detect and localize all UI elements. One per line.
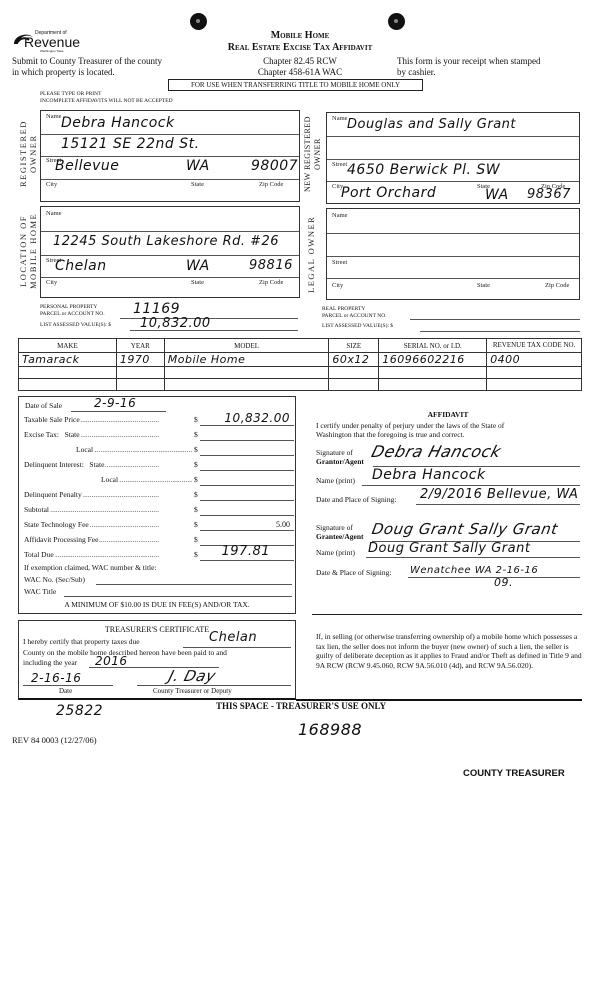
wac-title-label: WAC Title [24, 587, 56, 596]
divider [327, 159, 579, 160]
new-owner-zip[interactable]: 98367 [527, 187, 571, 202]
table-row: Tamarack 1970 Mobile Home 60x12 16096602… [19, 353, 582, 367]
divider [41, 231, 299, 232]
grantee-name[interactable]: Doug Grant Sally Grant [368, 541, 530, 556]
wac-title-line[interactable] [64, 596, 292, 597]
grantee-signature-label: Signature of Grantee/Agent [316, 523, 364, 541]
grantee-name-line [366, 557, 580, 558]
model-cell[interactable] [164, 367, 329, 379]
logo-text-revenue: Revenue [24, 35, 80, 49]
treasurer-signature[interactable]: J. Day [167, 667, 218, 685]
col-model: MODEL [164, 339, 329, 353]
treasurer-sig-line [137, 685, 291, 686]
treasurer-certificate-box: TREASURER'S CERTIFICATE I hereby certify… [18, 620, 296, 700]
new-owner-city[interactable]: Port Orchard [341, 185, 436, 201]
fee-label: Taxable Sale Price [24, 415, 81, 424]
divider [41, 134, 299, 135]
certificate-year[interactable]: 2016 [95, 654, 128, 668]
fee-value[interactable]: 197.81 [222, 544, 271, 559]
submit-note-line2: in which property is located. [12, 67, 162, 78]
grantor-name[interactable]: Debra Hancock [372, 467, 486, 483]
fee-label: Delinquent Interest: State [24, 460, 105, 469]
affidavit-bottom-rule [312, 614, 582, 615]
city-label: City [46, 279, 57, 286]
location-state[interactable]: WA [186, 258, 210, 274]
registered-owner-state[interactable]: WA [186, 158, 210, 174]
certificate-line1: I hereby certify that property taxes due [23, 637, 140, 646]
new-owner-label-1: NEW REGISTERED [303, 116, 312, 192]
grantor-date-place[interactable]: 2/9/2016 Bellevue, WA [420, 487, 578, 502]
date-of-sale-value[interactable]: 2-9-16 [94, 396, 136, 410]
fee-line [200, 530, 294, 531]
dollar-sign: $ [194, 535, 198, 544]
fee-row-delinquent-penalty: ........................................… [24, 490, 294, 504]
dollar-sign: $ [194, 520, 198, 529]
year-cell[interactable] [116, 379, 164, 391]
personal-property-account-no[interactable]: 11169 [133, 301, 180, 317]
location-label-2: MOBILE HOME [28, 213, 38, 289]
grantor-date-line [416, 504, 580, 505]
fee-line [200, 515, 294, 516]
registered-owner-name[interactable]: Debra Hancock [61, 115, 175, 131]
location-section-label: LOCATION OF MOBILE HOME [18, 205, 38, 297]
col-size: SIZE [329, 339, 379, 353]
location-street[interactable]: 12245 South Lakeshore Rd. #26 [53, 234, 279, 249]
location-label-1: LOCATION OF [18, 215, 28, 287]
real-account-line[interactable] [410, 319, 580, 320]
divider [41, 156, 299, 157]
make-cell[interactable]: Tamarack [19, 353, 117, 367]
fee-row-subtotal: ........................................… [24, 505, 294, 519]
grantor-sig-label-2: Grantor/Agent [316, 457, 364, 466]
dollar-sign: $ [194, 430, 198, 439]
receipt-note-line1: This form is your receipt when stamped [397, 56, 540, 67]
chapter-rcw: Chapter 82.45 RCW [200, 56, 400, 67]
real-assessed-label: LIST ASSESSED VALUE(S): $ [322, 323, 393, 329]
personal-property-label-2: PARCEL or ACCOUNT NO. [40, 311, 105, 318]
grantee-name-label: Name (print) [316, 548, 355, 557]
grantee-sig-label-2: Grantee/Agent [316, 532, 364, 541]
table-row [19, 379, 582, 391]
real-assessed-line[interactable] [420, 331, 580, 332]
divider [41, 179, 299, 180]
location-city[interactable]: Chelan [55, 258, 107, 274]
registered-owner-city[interactable]: Bellevue [55, 158, 119, 174]
grantor-signature[interactable]: Debra Hancock [369, 442, 503, 461]
submit-note-line1: Submit to County Treasurer of the county [12, 56, 162, 67]
real-property-label: REAL PROPERTY PARCEL or ACCOUNT NO. [322, 306, 387, 320]
serial-cell[interactable] [379, 379, 487, 391]
chapter-refs: Chapter 82.45 RCW Chapter 458-61A WAC [200, 56, 400, 78]
personal-property-label: PERSONAL PROPERTY PARCEL or ACCOUNT NO. [40, 304, 105, 318]
fee-label: Local [101, 475, 119, 484]
treasurer-use-label: THIS SPACE - TREASURER'S USE ONLY [216, 701, 386, 711]
certificate-line3: including the year [23, 658, 77, 667]
fee-label: Subtotal [24, 505, 50, 514]
divider [41, 277, 299, 278]
personal-assessed-value[interactable]: 10,832.00 [140, 316, 211, 331]
state-label: State [477, 282, 490, 289]
receipt-note-line2: by cashier. [397, 67, 540, 78]
dollar-sign: $ [194, 490, 198, 499]
instructions: PLEASE TYPE OR PRINT INCOMPLETE AFFIDAVI… [40, 91, 173, 105]
year-cell[interactable]: 1970 [116, 353, 164, 367]
punch-hole-right [388, 13, 405, 30]
registered-owner-zip[interactable]: 98007 [251, 158, 298, 174]
new-owner-street[interactable]: 4650 Berwick Pl. SW [347, 162, 500, 178]
wac-no-label: WAC No. (Sec/Sub) [24, 575, 85, 584]
tax-code-cell[interactable] [487, 367, 582, 379]
fee-row-excise-local: ........................................… [24, 445, 294, 459]
fee-value[interactable]: 5.00 [276, 520, 290, 529]
divider [327, 256, 579, 257]
chapter-wac: Chapter 458-61A WAC [200, 67, 400, 78]
col-serial: SERIAL NO. or I.D. [379, 339, 487, 353]
dollar-sign: $ [194, 445, 198, 454]
fee-label: Local [76, 445, 94, 454]
dollar-sign: $ [194, 475, 198, 484]
name-label: Name [46, 210, 62, 217]
affidavit-statement: I certify under penalty of perjury under… [316, 421, 580, 439]
registered-owner-section-label: REGISTERED OWNER [18, 108, 38, 200]
model-cell[interactable] [164, 379, 329, 391]
new-owner-label-2: OWNER [313, 138, 322, 170]
divider [327, 136, 579, 137]
divider [327, 181, 579, 182]
legal-owner-label: LEGAL OWNER [306, 215, 316, 292]
grantee-date-label: Date & Place of Signing: [316, 568, 391, 577]
affidavit-statement-line2: Washington that the foregoing is true an… [316, 430, 580, 439]
receipt-number-left: 25822 [56, 703, 103, 719]
county-treasurer-stamp: COUNTY TREASURER [463, 768, 565, 779]
fee-label: Total Due [24, 550, 55, 559]
location-box: Name 12245 South Lakeshore Rd. #26 Stree… [40, 206, 300, 298]
fee-line [200, 560, 294, 561]
wac-no-line[interactable] [96, 584, 292, 585]
fee-line [200, 455, 294, 456]
tax-lien-warning: If, in selling (or otherwise transferrin… [316, 632, 582, 670]
city-label: City [46, 181, 57, 188]
fee-line [200, 440, 294, 441]
street-label: Street [332, 259, 347, 266]
fee-line [200, 425, 294, 426]
date-of-sale-line [71, 411, 166, 412]
year-cell[interactable] [116, 367, 164, 379]
grantee-sig-label-1: Signature of [316, 523, 364, 532]
new-owner-name[interactable]: Douglas and Sally Grant [347, 117, 516, 132]
grantee-signature[interactable]: Doug Grant Sally Grant [370, 520, 559, 538]
registered-owner-label-2: OWNER [28, 135, 38, 174]
form-id: REV 84 0003 (12/27/06) [12, 735, 97, 745]
grantee-date-place[interactable]: Wenatchee WA 2-16-16 [410, 565, 538, 576]
fee-row-delinquent-interest-state: ........................................… [24, 460, 294, 474]
col-tax-code: REVENUE TAX CODE NO. [487, 339, 582, 353]
real-property-label-1: REAL PROPERTY [322, 306, 387, 313]
receipt-number-right: 168988 [298, 720, 362, 739]
personal-assessed-label: LIST ASSESSED VALUE(S): $ [40, 322, 111, 328]
fee-line [200, 500, 294, 501]
col-make: MAKE [19, 339, 117, 353]
fee-row-state-technology-fee: ........................................… [24, 520, 294, 534]
tax-code-cell[interactable] [487, 379, 582, 391]
fee-row-total-due: ........................................… [24, 550, 294, 564]
dollar-sign: $ [194, 505, 198, 514]
col-year: YEAR [116, 339, 164, 353]
grantor-signature-label: Signature of Grantor/Agent [316, 448, 364, 466]
divider [41, 255, 299, 256]
model-cell[interactable]: Mobile Home [164, 353, 329, 367]
divider [327, 278, 579, 279]
exemption-label: If exemption claimed, WAC number & title… [24, 563, 157, 572]
make-cell[interactable] [19, 367, 117, 379]
size-cell[interactable] [329, 367, 379, 379]
fee-label: Delinquent Penalty [24, 490, 83, 499]
fee-label: Excise Tax: State [24, 430, 81, 439]
make-cell[interactable] [19, 379, 117, 391]
fee-row-delinquent-interest-local: ........................................… [24, 475, 294, 489]
receipt-note: This form is your receipt when stamped b… [397, 56, 540, 78]
dor-logo: Department of Revenue Washington State [12, 30, 92, 54]
cert-date-line [23, 685, 113, 686]
serial-cell[interactable]: 16096602216 [379, 353, 487, 367]
size-cell[interactable] [329, 379, 379, 391]
grantor-sig-label-1: Signature of [316, 448, 364, 457]
fee-value[interactable]: 10,832.00 [224, 411, 290, 425]
affidavit-section: AFFIDAVIT I certify under penalty of per… [316, 410, 580, 439]
serial-cell[interactable] [379, 367, 487, 379]
grantor-name-line [362, 485, 580, 486]
fee-label: State Technology Fee [24, 520, 90, 529]
registered-owner-box: Name Debra Hancock 15121 SE 22nd St. Str… [40, 110, 300, 202]
new-owner-state[interactable]: WA [485, 187, 509, 203]
grantee-date-correction[interactable]: 09. [494, 576, 513, 589]
cert-date-label: Date [59, 687, 72, 695]
date-of-sale-label: Date of Sale [25, 401, 62, 410]
dollar-sign: $ [194, 415, 198, 424]
city-label: City [332, 282, 343, 289]
certificate-date[interactable]: 2-16-16 [31, 671, 81, 685]
certificate-county[interactable]: Chelan [209, 630, 257, 645]
affidavit-title: AFFIDAVIT [316, 410, 580, 419]
submit-note: Submit to County Treasurer of the county… [12, 56, 162, 78]
affidavit-statement-line1: I certify under penalty of perjury under… [316, 421, 580, 430]
fee-label: Affidavit Processing Fee [24, 535, 99, 544]
form-title-line2: Real Estate Excise Tax Affidavit [200, 42, 400, 54]
zip-label: Zip Code [259, 181, 283, 188]
size-cell[interactable]: 60x12 [329, 353, 379, 367]
personal-property-label-1: PERSONAL PROPERTY [40, 304, 105, 311]
grantor-date-label: Date and Place of Signing: [316, 495, 396, 504]
state-label: State [191, 181, 204, 188]
treasurer-signer-label: County Treasurer or Deputy [153, 687, 232, 695]
form-title-line1: Mobile Home [200, 30, 400, 42]
new-registered-owner-box: Name Douglas and Sally Grant Street 4650… [326, 112, 580, 204]
zip-label: Zip Code [259, 279, 283, 286]
new-registered-owner-section-label: NEW REGISTERED OWNER [303, 108, 323, 200]
real-property-label-2: PARCEL or ACCOUNT NO. [322, 313, 387, 320]
divider [327, 233, 579, 234]
tax-code-cell[interactable]: 0400 [487, 353, 582, 367]
legal-owner-section-label: LEGAL OWNER [306, 210, 316, 298]
name-label: Name [332, 115, 348, 122]
grantor-name-label: Name (print) [316, 476, 355, 485]
zip-label: Zip Code [545, 282, 569, 289]
dollar-sign: $ [194, 550, 198, 559]
minimum-due-note: A MINIMUM OF $10.00 IS DUE IN FEE(S) AND… [18, 600, 296, 609]
legal-owner-box: Name Street City State Zip Code [326, 208, 580, 300]
use-banner: FOR USE WHEN TRANSFERRING TITLE TO MOBIL… [168, 79, 423, 91]
punch-hole-left [190, 13, 207, 30]
fee-row-excise-state: ........................................… [24, 430, 294, 444]
state-label: State [191, 279, 204, 286]
logo-text-state: Washington State [40, 49, 64, 53]
registered-owner-street[interactable]: 15121 SE 22nd St. [61, 136, 200, 152]
mobile-home-table: MAKE YEAR MODEL SIZE SERIAL NO. or I.D. … [18, 338, 582, 391]
fee-line [200, 485, 294, 486]
name-label: Name [46, 113, 62, 120]
table-row [19, 367, 582, 379]
fee-row-taxable-sale-price: ........................................… [24, 415, 294, 429]
registered-owner-label-1: REGISTERED [18, 121, 28, 188]
dollar-sign: $ [194, 460, 198, 469]
form-title: Mobile Home Real Estate Excise Tax Affid… [200, 30, 400, 54]
instructions-line2: INCOMPLETE AFFIDAVITS WILL NOT BE ACCEPT… [40, 98, 173, 105]
street-label: Street [332, 161, 347, 168]
fee-line [200, 470, 294, 471]
location-zip[interactable]: 98816 [249, 258, 293, 273]
name-label: Name [332, 212, 348, 219]
table-header-row: MAKE YEAR MODEL SIZE SERIAL NO. or I.D. … [19, 339, 582, 353]
instructions-line1: PLEASE TYPE OR PRINT [40, 91, 173, 98]
